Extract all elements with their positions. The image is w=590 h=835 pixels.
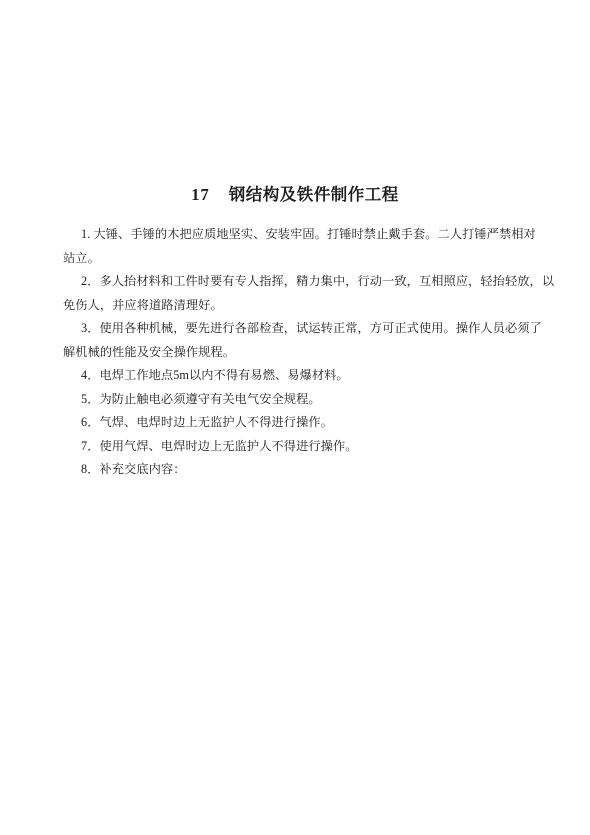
- doc-line: 7．使用气焊、电焊时边上无监护人不得进行操作。: [63, 435, 533, 459]
- doc-line: 免伤人，并应将道路清理好。: [63, 294, 533, 318]
- doc-line: 4．电焊工作地点5m以内不得有易燃、易爆材料。: [63, 364, 533, 388]
- document-body: 1. 大锤、手锤的木把应质地坚实、安装牢固。打锤时禁止戴手套。二人打锤严禁相对 …: [63, 223, 533, 482]
- doc-line: 6．气焊、电焊时边上无监护人不得进行操作。: [63, 411, 533, 435]
- doc-line: 5．为防止触电必须遵守有关电气安全规程。: [63, 388, 533, 412]
- section-number: 17: [191, 185, 210, 204]
- doc-line: 1. 大锤、手锤的木把应质地坚实、安装牢固。打锤时禁止戴手套。二人打锤严禁相对: [63, 223, 533, 247]
- doc-line: 解机械的性能及安全操作规程。: [63, 341, 533, 365]
- section-title: 17钢结构及铁件制作工程: [0, 184, 590, 206]
- doc-line: 8．补充交底内容：: [63, 458, 533, 482]
- section-title-text: 钢结构及铁件制作工程: [229, 185, 399, 204]
- doc-line: 3．使用各种机械，要先进行各部检查，试运转正常，方可正式使用。操作人员必须了: [63, 317, 533, 341]
- document-page: 17钢结构及铁件制作工程 1. 大锤、手锤的木把应质地坚实、安装牢固。打锤时禁止…: [0, 0, 590, 835]
- doc-line: 站立。: [63, 247, 533, 271]
- doc-line: 2．多人抬材料和工件时要有专人指挥，精力集中，行动一致，互相照应，轻抬轻放，以: [63, 270, 533, 294]
